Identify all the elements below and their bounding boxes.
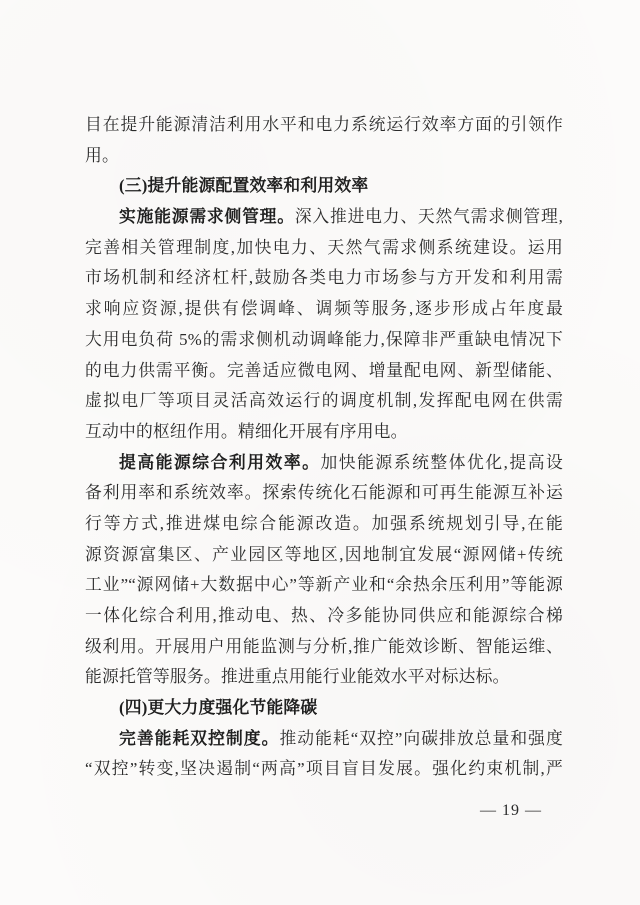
text-segment: 备利用率和系统效率。探索传统化石能源和可再生能源互补运	[85, 483, 563, 502]
text-line: “双控”转变,坚决遏制“两高”项目盲目发展。强化约束机制,严	[85, 754, 563, 785]
text-segment: 推动能耗“双控”向碳排放总量和强度	[279, 729, 563, 748]
text-line: 提高能源综合利用效率。加快能源系统整体优化,提高设	[85, 448, 563, 479]
text-line: 目在提升能源清洁利用水平和电力系统运行效率方面的引领作	[85, 110, 563, 141]
text-line: 完善相关管理制度,加快电力、天然气需求侧系统建设。运用	[85, 233, 563, 264]
text-line: 求响应资源,提供有偿调峰、调频等服务,逐步形成占年度最	[85, 294, 563, 325]
text-line: 一体化综合利用,推动电、热、冷多能协同供应和能源综合梯	[85, 601, 563, 632]
text-segment: “双控”转变,坚决遏制“两高”项目盲目发展。强化约束机制,严	[85, 759, 563, 778]
page-number: — 19 —	[480, 802, 542, 820]
text-line: 源资源富集区、产业园区等地区,因地制宜发展“源网储+传统	[85, 540, 563, 571]
text-segment: 一体化综合利用,推动电、热、冷多能协同供应和能源综合梯	[85, 606, 563, 625]
text-block: 目在提升能源清洁利用水平和电力系统运行效率方面的引领作用。(三)提升能源配置效率…	[85, 110, 563, 785]
text-segment: 级利用。开展用户用能监测与分析,推广能效诊断、智能运维、	[85, 637, 563, 656]
text-segment: (三)提升能源配置效率和利用效率	[119, 176, 368, 195]
text-segment: 工业”“源网储+大数据中心”等新产业和“余热余压利用”等能源	[85, 575, 563, 594]
text-line: 市场机制和经济杠杆,鼓励各类电力市场参与方开发和利用需	[85, 263, 563, 294]
text-line: 大用电负荷 5%的需求侧机动调峰能力,保障非严重缺电情况下	[85, 325, 563, 356]
section-heading: (三)提升能源配置效率和利用效率	[85, 171, 563, 202]
text-segment: 实施能源需求侧管理。	[119, 207, 295, 226]
text-segment: 大用电负荷 5%的需求侧机动调峰能力,保障非严重缺电情况下	[85, 330, 563, 349]
text-segment: 深入推进电力、天然气需求侧管理,	[295, 207, 563, 226]
text-line: 备利用率和系统效率。探索传统化石能源和可再生能源互补运	[85, 478, 563, 509]
text-line: 实施能源需求侧管理。深入推进电力、天然气需求侧管理,	[85, 202, 563, 233]
text-line: 级利用。开展用户用能监测与分析,推广能效诊断、智能运维、	[85, 632, 563, 663]
text-segment: 行等方式,推进煤电综合能源改造。加强系统规划引导,在能	[85, 514, 563, 533]
text-line: 互动中的枢纽作用。精细化开展有序用电。	[85, 417, 563, 448]
text-line: 完善能耗双控制度。推动能耗“双控”向碳排放总量和强度	[85, 724, 563, 755]
text-line: 工业”“源网储+大数据中心”等新产业和“余热余压利用”等能源	[85, 570, 563, 601]
text-segment: 完善相关管理制度,加快电力、天然气需求侧系统建设。运用	[85, 238, 563, 257]
text-segment: 源资源富集区、产业园区等地区,因地制宜发展“源网储+传统	[85, 545, 563, 564]
text-line: 用。	[85, 141, 563, 172]
text-segment: (四)更大力度强化节能降碳	[119, 698, 317, 717]
text-segment: 能源托管等服务。推进重点用能行业能效水平对标达标。	[85, 667, 510, 686]
text-segment: 互动中的枢纽作用。精细化开展有序用电。	[85, 422, 408, 441]
text-segment: 加快能源系统整体优化,提高设	[320, 453, 563, 472]
text-segment: 用。	[85, 146, 119, 165]
text-segment: 的电力供需平衡。完善适应微电网、增量配电网、新型储能、	[85, 361, 563, 380]
document-page: 目在提升能源清洁利用水平和电力系统运行效率方面的引领作用。(三)提升能源配置效率…	[0, 0, 640, 905]
text-segment: 虚拟电厂等项目灵活高效运行的调度机制,发挥配电网在供需	[85, 391, 563, 410]
text-line: 的电力供需平衡。完善适应微电网、增量配电网、新型储能、	[85, 356, 563, 387]
text-segment: 完善能耗双控制度。	[119, 729, 279, 748]
text-segment: 市场机制和经济杠杆,鼓励各类电力市场参与方开发和利用需	[85, 268, 563, 287]
text-segment: 提高能源综合利用效率。	[119, 453, 320, 472]
text-line: 能源托管等服务。推进重点用能行业能效水平对标达标。	[85, 662, 563, 693]
text-line: 虚拟电厂等项目灵活高效运行的调度机制,发挥配电网在供需	[85, 386, 563, 417]
text-segment: 目在提升能源清洁利用水平和电力系统运行效率方面的引领作	[85, 115, 563, 134]
text-line: 行等方式,推进煤电综合能源改造。加强系统规划引导,在能	[85, 509, 563, 540]
text-segment: 求响应资源,提供有偿调峰、调频等服务,逐步形成占年度最	[85, 299, 563, 318]
section-heading: (四)更大力度强化节能降碳	[85, 693, 563, 724]
